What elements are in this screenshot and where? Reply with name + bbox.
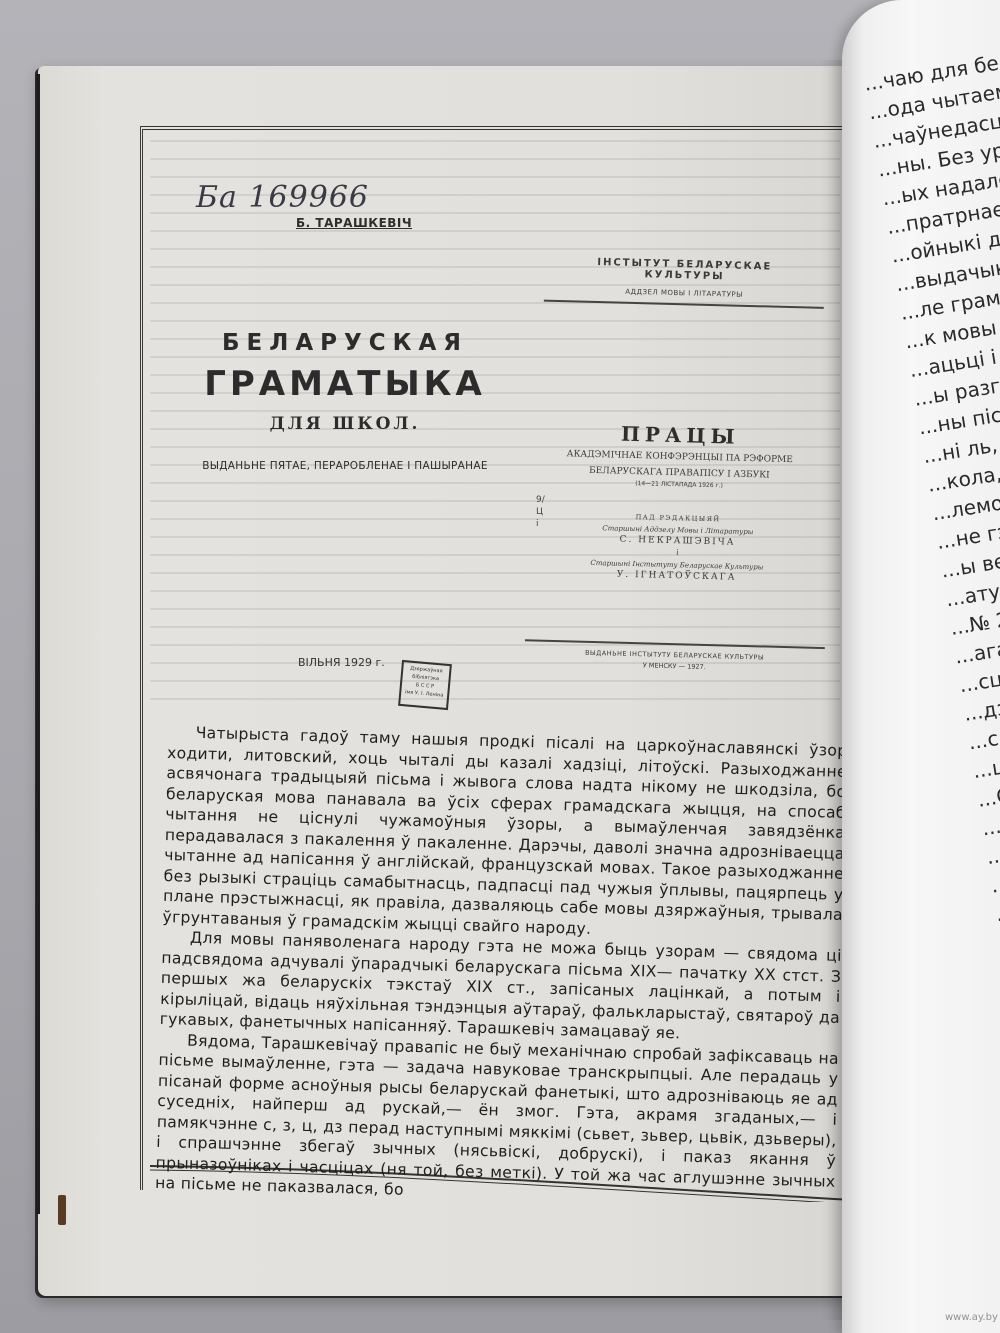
facing-page-curl: ...чаю для беларускага...ода чытаем як..… <box>842 0 1000 1333</box>
facing-page-text: ...чаю для беларускага...ода чытаем як..… <box>862 32 1000 1330</box>
paragraph: Вядома, Тарашкевічаў правапіс не быў мех… <box>155 1029 839 1212</box>
cover-edition: ВЫДАНЬНЕ ПЯТАЕ, ПЕРАРОБЛЕНАЕ І ПАШЫРАНАЕ <box>180 460 510 472</box>
paragraph: Чатырыста гадоў таму нашыя продкі пісалі… <box>162 722 847 946</box>
department-name: АДДЗЕЛ МОВЫ І ЛІТАРАТУРЫ <box>559 286 809 301</box>
header-rule <box>544 300 824 309</box>
conference-proceedings-title-page-figure: ІНСТЫТУТ БЕЛАРУСКАЕ КУЛЬТУРЫ АДДЗЕЛ МОВЫ… <box>549 256 810 673</box>
article-body: Чатырыста гадоў таму нашыя продкі пісалі… <box>155 722 848 1212</box>
proceedings-title: ПРАЦЫ <box>555 420 806 451</box>
cover-title-line2: ГРАМАТЫКА <box>180 364 510 404</box>
page-corner-edge <box>58 1195 66 1225</box>
library-stamp: Дзяржаўная бібліятэка Б С С Р імя У. І. … <box>398 660 452 710</box>
cover-place-year: ВІЛЬНЯ 1929 г. <box>298 656 385 669</box>
grammar-title-page-figure: БЕЛАРУСКАЯ ГРАМАТЫКА ДЛЯ ШКОЛ. ВЫДАНЬНЕ … <box>180 330 510 472</box>
handwritten-catalog-number: Ба 169966 <box>196 180 369 215</box>
watermark: www.ay.by <box>945 1312 998 1323</box>
margin-marks: 9/ Ц і <box>536 494 545 530</box>
cover-author: Б. ТАРАШКЕВІЧ <box>296 216 412 230</box>
margin-mark: Ц <box>536 506 545 518</box>
margin-mark: 9/ <box>536 494 545 506</box>
cover-title-line1: БЕЛАРУСКАЯ <box>180 330 510 356</box>
proceedings-subtitle-1: АКАДЭМІЧНАЕ КОНФЭРЭНЦЫІ ПА РЭФОРМЕ <box>555 448 805 467</box>
page-spine-edge <box>36 74 40 1214</box>
paragraph: Для мовы паняволенага народу гэта не мож… <box>159 927 842 1048</box>
cover-title-line3: ДЛЯ ШКОЛ. <box>180 414 510 434</box>
margin-mark: і <box>536 518 545 530</box>
